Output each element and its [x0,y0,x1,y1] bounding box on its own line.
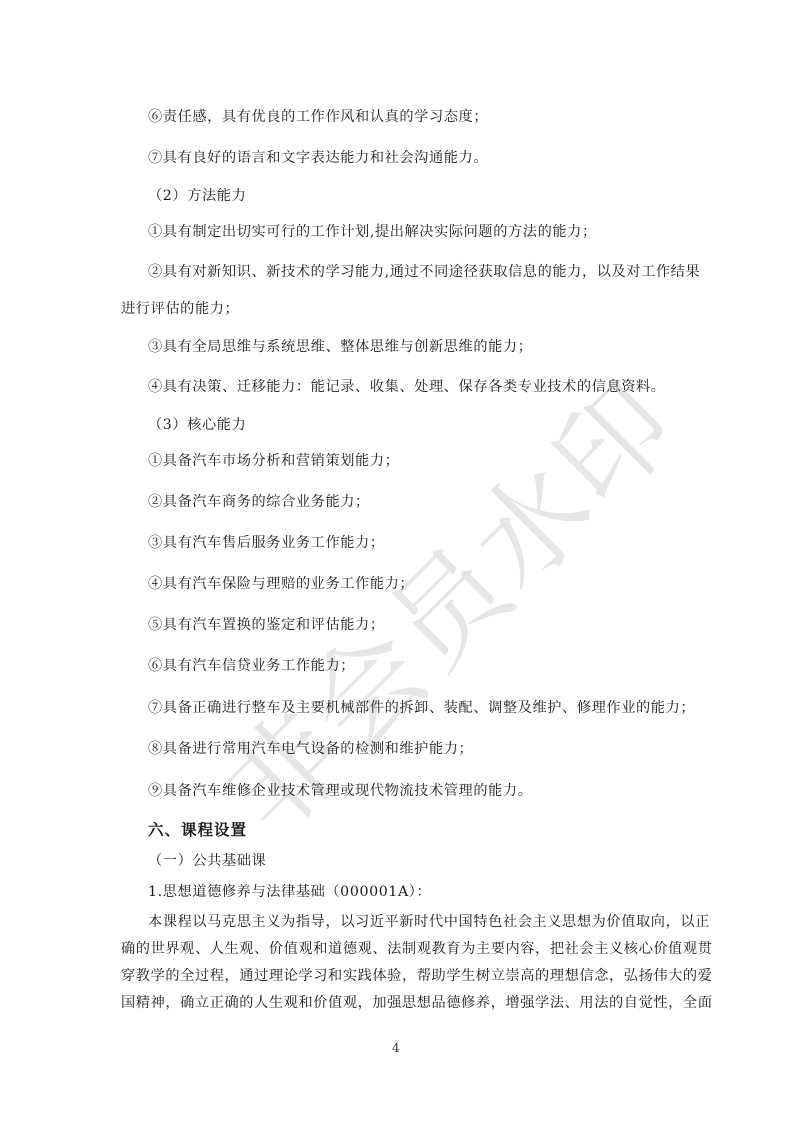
paragraph-line: 国精神，确立正确的人生观和价值观，加强思想品德修养，增强学法、用法的自觉性，全面 [121,990,673,1017]
list-item-method-3: ③具有全局思维与系统思维、整体思维与创新思维的能力； [148,337,700,357]
paragraph-line: 确的世界观、人生观、价值观和道德观、法制观教育为主要内容，把社会主义核心价值观贯 [121,936,673,963]
paragraph-line: 本课程以马克思主义为指导，以习近平新时代中国特色社会主义思想为价值取向，以正 [121,909,673,936]
list-item-core-1: ①具备汽车市场分析和营销策划能力； [148,451,700,471]
paragraph-line: 穿教学的全过程，通过理论学习和实践体验，帮助学生树立崇高的理想信念，弘扬伟大的爱 [121,963,673,990]
subheading-method-ability: （2）方法能力 [148,186,700,206]
list-item-core-6: ⑥具有汽车信贷业务工作能力； [148,656,700,676]
list-item-core-9: ⑨具备汽车维修企业技术管理或现代物流技术管理的能力。 [148,781,700,801]
list-item-core-2: ②具备汽车商务的综合业务能力； [148,492,700,512]
course-description: 本课程以马克思主义为指导，以习近平新时代中国特色社会主义思想为价值取向，以正 确… [121,909,673,1017]
list-item-core-5: ⑤具有汽车置换的鉴定和评估能力； [148,615,700,635]
course-title: 1.思想道德修养与法律基础（000001A）： [148,882,700,902]
subheading-core-ability: （3）核心能力 [148,415,700,435]
list-item-communication: ⑦具有良好的语言和文字表达能力和社会沟通能力。 [148,148,700,168]
list-item-method-4: ④具有决策、迁移能力：能记录、收集、处理、保存各类专业技术的信息资料。 [148,377,700,397]
section-heading: 六、课程设置 [148,819,247,841]
list-item-method-2: ②具有对新知识、新技术的学习能力,通过不同途径获取信息的能力，以及对工作结果 [148,262,700,282]
subsection-heading: （一）公共基础课 [148,851,700,871]
page-number: 4 [392,1041,400,1055]
list-item-core-3: ③具有汽车售后服务业务工作能力； [148,533,700,553]
list-item-core-4: ④具有汽车保险与理赔的业务工作能力； [148,574,700,594]
list-item-responsibility: ⑥责任感，具有优良的工作作风和认真的学习态度； [148,107,700,127]
list-item-core-7: ⑦具备正确进行整车及主要机械部件的拆卸、装配、调整及维护、修理作业的能力； [148,698,700,718]
list-item-method-1: ①具有制定出切实可行的工作计划,提出解决实际问题的方法的能力； [148,222,700,242]
list-item-core-8: ⑧具备进行常用汽车电气设备的检测和维护能力； [148,739,700,759]
document-page: 非会员水印 ⑥责任感，具有优良的工作作风和认真的学习态度； ⑦具有良好的语言和文… [0,0,793,1122]
list-item-method-2-continued: 进行评估的能力； [121,299,673,319]
